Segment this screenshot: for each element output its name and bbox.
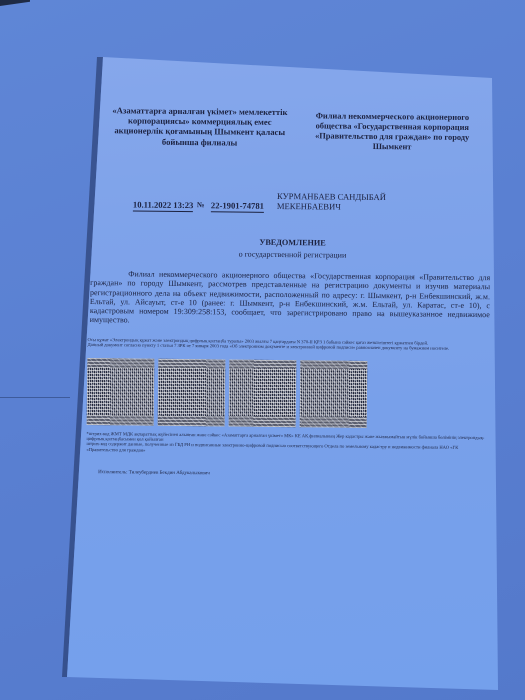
barcode-1: [87, 358, 155, 426]
barcode-2: [158, 358, 226, 426]
barcodes: [87, 358, 498, 429]
surface-seam: [0, 397, 70, 398]
legal-notice: Осы құжат «Электрондық құжат және электр…: [87, 337, 487, 352]
document-subtitle: о государственной регистрации: [86, 248, 498, 261]
document-title: УВЕДОМЛЕНИЕ: [87, 236, 499, 249]
number-sign: №: [197, 200, 205, 209]
document-meta: 10.11.2022 13:23 № 22-1901-74781 КУРМАНБ…: [87, 190, 499, 234]
recipient: КУРМАНБАЕВ САНДЫБАЙ МЕКЕНБАЕВИЧ: [277, 192, 386, 212]
document-date: 10.11.2022 13:23: [133, 199, 194, 212]
document-number: 22-1901-74781: [211, 200, 264, 213]
barcode-3: [229, 359, 297, 427]
background-corner: [0, 0, 30, 6]
header-organization-kz: «Азаматтарға арналған үкімет» мемлекетті…: [110, 105, 290, 148]
document-body: Филиал некоммерческого акционерного обще…: [90, 269, 491, 329]
document-header: «Азаматтарға арналған үкімет» мемлекетті…: [87, 105, 500, 179]
header-organization-ru: Филиал некоммерческого акционерного обще…: [300, 111, 485, 153]
recipient-patronymic: МЕКЕНБАЕВИЧ: [277, 201, 386, 212]
barcode-footnote: *штрих-код ЖМТ МДК ақпараттық жүйесінен …: [86, 431, 488, 457]
document-content: «Азаматтарға арналған үкімет» мемлекетті…: [84, 105, 500, 480]
barcode-4: [300, 360, 368, 428]
